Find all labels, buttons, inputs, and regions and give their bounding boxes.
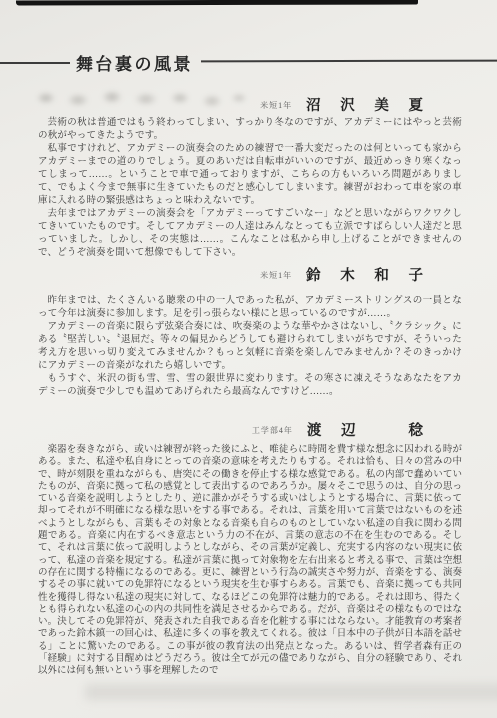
essay-numazawa: 芸術の秋は普通ではもう終わってしまい、すっかり冬なのですが、アカデミーにはやっと… bbox=[38, 117, 462, 260]
title-rule-right bbox=[201, 59, 497, 62]
byline-numazawa: 米短1年 沼 沢 美 夏 bbox=[0, 94, 431, 115]
essay-paragraph: 私事ですけれど、アカデミーの演奏会のための練習で一番大変だったのは何といっても家… bbox=[38, 143, 462, 208]
essay-watanabe: 楽器を奏きながら、或いは練習が終った後にふと、唯徒らに時間を費す様な想念に囚われ… bbox=[38, 444, 462, 678]
scanned-page: 舞台裏の風景 米短1年 沼 沢 美 夏 芸術の秋は普通ではもう終わってしまい、す… bbox=[0, 0, 497, 718]
essay-paragraph: 楽器を奏きながら、或いは練習が終った後にふと、唯徒らに時間を費す様な想念に囚われ… bbox=[38, 444, 462, 678]
scan-edge-artifact-top bbox=[16, 0, 418, 6]
byline-suzuki: 米短1年 鈴 木 和 子 bbox=[0, 264, 431, 285]
author-name: 沼 沢 美 夏 bbox=[306, 98, 431, 114]
essay-paragraph: 芸術の秋は普通ではもう終わってしまい、すっかり冬なのですが、アカデミーにはやっと… bbox=[38, 117, 462, 143]
essay-suzuki: 昨年までは、たくさんいる聴衆の中の一人であった私が、アカデミーストリングスの一員… bbox=[38, 295, 462, 399]
affiliation-label: 米短1年 bbox=[260, 101, 292, 110]
essay-paragraph: もうすぐ、米沢の街も雪、雪、雪の銀世界に変わります。その寒さに凍えそうなあなたを… bbox=[38, 373, 462, 399]
page-header: 舞台裏の風景 bbox=[0, 50, 497, 75]
author-name: 渡 辺 稔 bbox=[307, 423, 431, 439]
scan-shadow-bottom bbox=[85, 684, 497, 700]
essay-paragraph: 去年まではアカデミーの演奏会を「アカデミーってすごいなー」などと思いながらワクワ… bbox=[38, 208, 462, 260]
essay-paragraph: アカデミーの音楽に限らず弦楽合奏には、吹奏楽のような華やかさはないし、〝クラシッ… bbox=[38, 321, 462, 373]
essay-paragraph: 昨年までは、たくさんいる聴衆の中の一人であった私が、アカデミーストリングスの一員… bbox=[38, 295, 462, 321]
title-rule-left bbox=[0, 62, 70, 64]
page-title: 舞台裏の風景 bbox=[76, 50, 193, 75]
byline-watanabe: 工学部4年 渡 辺 稔 bbox=[0, 419, 431, 440]
affiliation-label: 米短1年 bbox=[260, 271, 292, 280]
affiliation-label: 工学部4年 bbox=[252, 426, 293, 435]
author-name: 鈴 木 和 子 bbox=[306, 268, 431, 284]
